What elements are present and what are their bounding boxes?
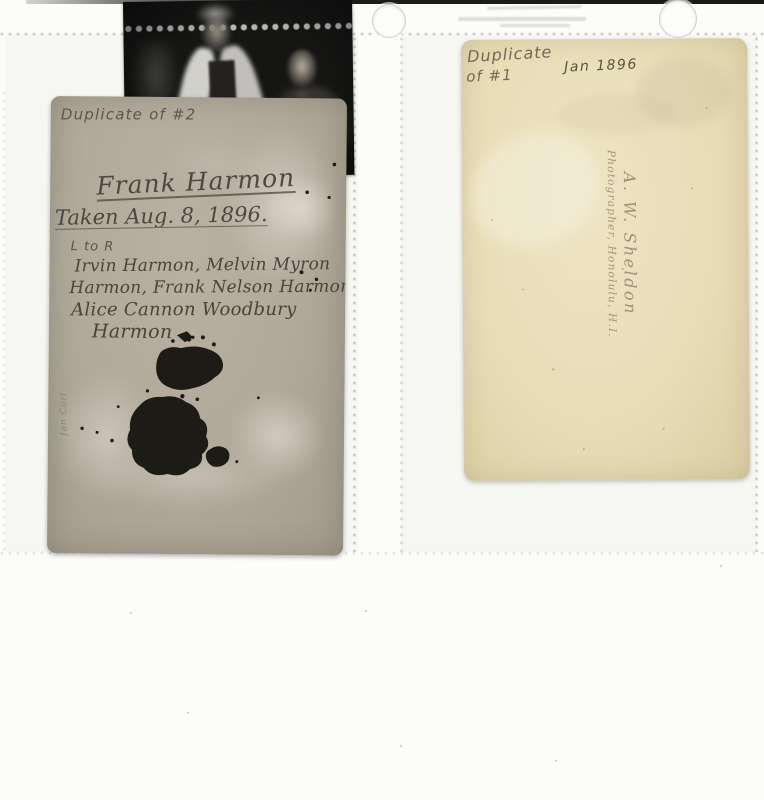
faint-side-note: Jan Curl <box>59 351 70 435</box>
dust-speck <box>555 760 557 762</box>
caption-line: Harmon, Frank Nelson Harmon, <box>69 277 347 299</box>
handwritten-duplicate-note: Duplicate of #2 <box>61 106 197 124</box>
dust-speck <box>187 712 189 714</box>
caption-line: Alice Cannon Woodbury <box>71 299 297 320</box>
dust-speck <box>130 612 132 614</box>
album-page-scan: Duplicate of #2 Frank Harmon Taken Aug. … <box>0 0 764 800</box>
sleeve-emboss-mark <box>458 17 586 21</box>
card-dust-specks <box>461 38 750 481</box>
dust-speck <box>365 610 367 612</box>
cabinet-card-left: Duplicate of #2 Frank Harmon Taken Aug. … <box>47 96 347 556</box>
caption-heading: L to R <box>71 239 115 254</box>
sleeve-seam-left-edge <box>2 90 7 552</box>
sleeve-emboss-mark <box>500 24 570 27</box>
dust-speck <box>400 745 402 747</box>
dust-speck <box>720 565 722 567</box>
sleeve-seam-right-edge <box>754 36 759 552</box>
sleeve-emboss-mark <box>487 5 582 10</box>
caption-line: Irvin Harmon, Melvin Myron <box>74 254 330 276</box>
caption-line: Harmon <box>92 320 173 343</box>
cabinet-card-right: Duplicate of #1 Jan 1896 A. W. Sheldon P… <box>461 38 750 481</box>
handwritten-date: Taken Aug. 8, 1896. <box>55 202 268 230</box>
binder-hole-center <box>372 4 406 38</box>
sleeve-seam-center-b <box>399 36 404 552</box>
binder-hole-right <box>659 0 697 38</box>
